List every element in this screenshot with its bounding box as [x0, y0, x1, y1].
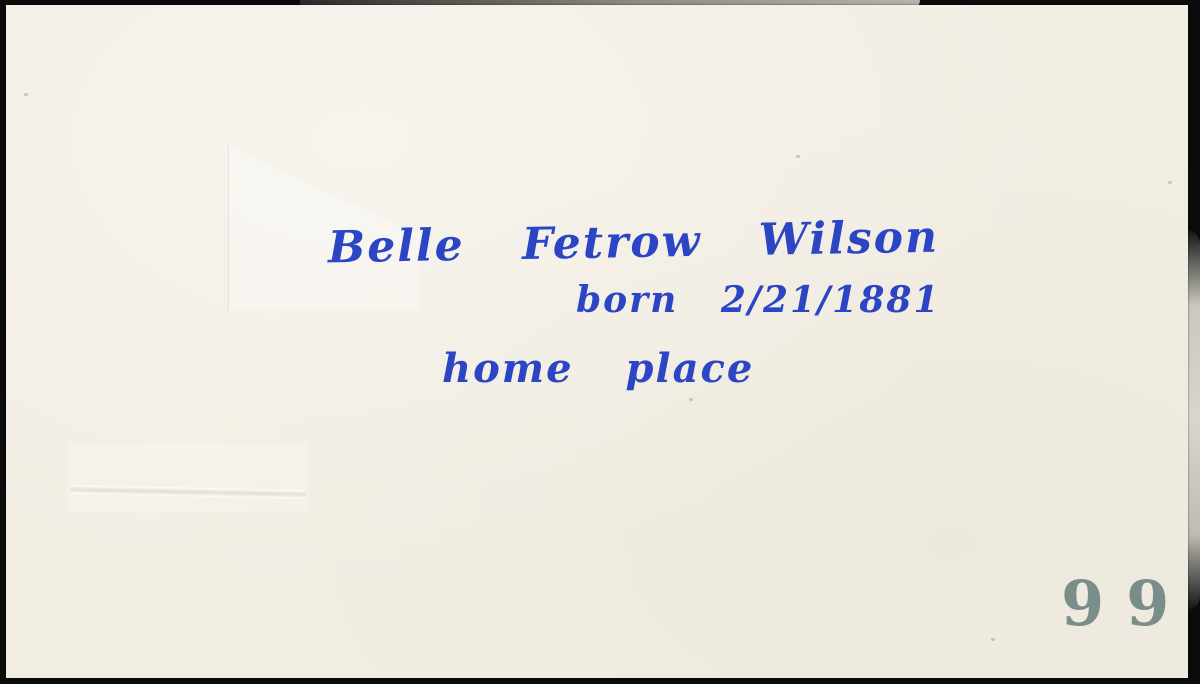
handwritten-birth-date: born 2/21/1881 — [576, 279, 941, 321]
index-card: Belle Fetrow Wilson born 2/21/1881 home … — [6, 5, 1188, 678]
paper-speck — [991, 638, 995, 641]
scan-background: Belle Fetrow Wilson born 2/21/1881 home … — [0, 0, 1200, 684]
stamped-number: 99 — [1061, 567, 1191, 640]
handwritten-name: Belle Fetrow Wilson — [328, 212, 940, 274]
paper-speck — [689, 398, 693, 401]
paper-speck — [24, 93, 28, 96]
photo-edge-right — [1186, 230, 1200, 610]
handwritten-location: home place — [442, 345, 754, 392]
paper-speck — [796, 155, 800, 158]
tape-strip — [68, 443, 308, 513]
paper-speck — [1168, 181, 1172, 184]
